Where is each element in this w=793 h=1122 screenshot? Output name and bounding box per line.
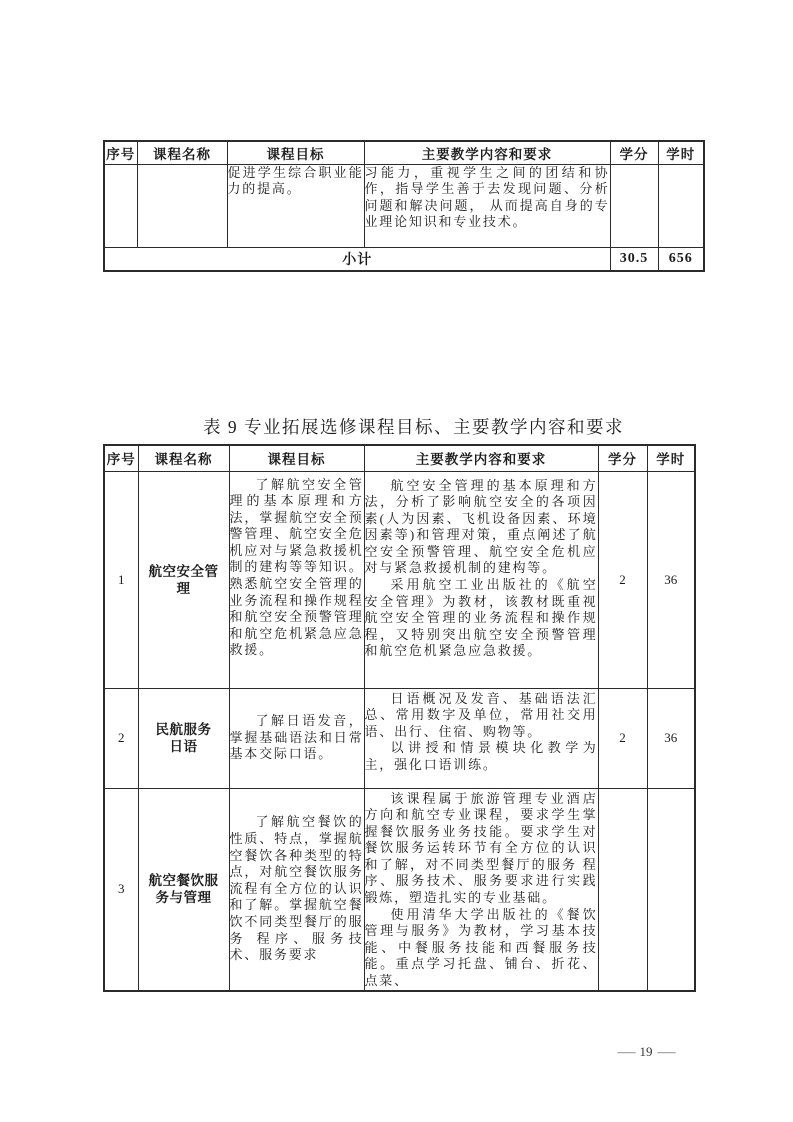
content-paragraph-1: 航空安全管理的基本原理和方法，分析了影响航空安全的各项因素(人为因素、飞机设备因… bbox=[365, 478, 598, 578]
table9: 序号 课程名称 课程目标 主要教学内容和要求 学分 学时 1 航空安全管 理 了… bbox=[103, 444, 696, 992]
cell-course-name-empty bbox=[137, 164, 227, 247]
cell-objective: 了解日语发音，掌握基础语法和日常基本交际口语。 bbox=[229, 688, 364, 788]
content-paragraph-2: 使用清华大学出版社的《餐饮管理与服务》为教材，学习基本技能、中餐服务技能和西餐服… bbox=[365, 907, 598, 990]
cell-seq: 2 bbox=[104, 688, 138, 788]
header-course-name: 课程名称 bbox=[137, 141, 227, 164]
objective-text: 了解日语发音，掌握基础语法和日常基本交际口语。 bbox=[230, 713, 364, 763]
document-page: 序号 课程名称 课程目标 主要教学内容和要求 学分 学时 促进学生综合职业能力的… bbox=[0, 0, 793, 1122]
header-course-name: 课程名称 bbox=[138, 445, 229, 471]
cell-objective: 了解航空餐饮的性质、特点，掌握航空餐饮各种类型的特点，对航空餐饮服务流程有全方位… bbox=[229, 788, 364, 991]
table9-title: 表 9 专业拓展选修课程目标、主要教学内容和要求 bbox=[118, 414, 709, 440]
content-paragraph-1: 日语概况及发音、基础语法汇总、常用数字及单位，常用社交用语、出行、住宿、购物等。 bbox=[365, 691, 598, 741]
cell-hours: 36 bbox=[647, 688, 695, 788]
course-row-aviation-safety: 1 航空安全管 理 了解航空安全管理的基本原理和方法，掌握航空安全预警管理、航空… bbox=[104, 471, 695, 688]
content-paragraph-2: 以讲授和情景模块化教学为主，强化口语训练。 bbox=[365, 740, 598, 773]
header-hours: 学时 bbox=[647, 445, 695, 471]
cell-hours: 36 bbox=[647, 471, 695, 688]
objective-text: 了解航空餐饮的性质、特点，掌握航空餐饮各种类型的特点，对航空餐饮服务流程有全方位… bbox=[230, 814, 364, 963]
footer-dash-left: — bbox=[617, 1044, 635, 1060]
header-credits: 学分 bbox=[610, 141, 658, 164]
cell-content: 日语概况及发音、基础语法汇总、常用数字及单位，常用社交用语、出行、住宿、购物等。… bbox=[364, 688, 598, 788]
header-hours: 学时 bbox=[658, 141, 704, 164]
cell-credits bbox=[598, 788, 647, 991]
continuation-course-row: 促进学生综合职业能力的提高。 习能力，重视学生之间的团结和协作，指导学生善于去发… bbox=[104, 164, 704, 247]
subtotal-credits: 30.5 bbox=[610, 247, 658, 271]
cell-seq: 3 bbox=[104, 788, 138, 991]
subtotal-row: 小计 30.5 656 bbox=[104, 247, 704, 271]
cell-hours bbox=[647, 788, 695, 991]
page-number: 19 bbox=[640, 1044, 653, 1060]
content-paragraph-1: 该课程属于旅游管理专业酒店方向和航空专业课程，要求学生掌握餐饮服务业务技能。要求… bbox=[365, 791, 598, 907]
cell-content: 航空安全管理的基本原理和方法，分析了影响航空安全的各项因素(人为因素、飞机设备因… bbox=[364, 471, 598, 688]
header-seq: 序号 bbox=[104, 445, 138, 471]
header-objective: 课程目标 bbox=[227, 141, 364, 164]
header-credits: 学分 bbox=[598, 445, 647, 471]
cell-objective: 了解航空安全管理的基本原理和方法，掌握航空安全预警管理、航空安全危机应对与紧急救… bbox=[229, 471, 364, 688]
header-content: 主要教学内容和要求 bbox=[364, 445, 598, 471]
header-content: 主要教学内容和要求 bbox=[364, 141, 610, 164]
footer-dash-right: — bbox=[657, 1044, 675, 1060]
table9-header-row: 序号 课程名称 课程目标 主要教学内容和要求 学分 学时 bbox=[104, 445, 695, 471]
cell-credits-empty bbox=[610, 164, 658, 247]
objective-text: 促进学生综合职业能力的提高。 bbox=[228, 165, 364, 198]
cell-seq-empty bbox=[104, 164, 137, 247]
course-table-continuation: 序号 课程名称 课程目标 主要教学内容和要求 学分 学时 促进学生综合职业能力的… bbox=[103, 140, 705, 272]
content-text: 习能力，重视学生之间的团结和协作，指导学生善于去发现问题、分析问题和解决问题， … bbox=[365, 165, 610, 231]
course-row-aviation-catering: 3 航空餐饮服 务与管理 了解航空餐饮的性质、特点，掌握航空餐饮各种类型的特点，… bbox=[104, 788, 695, 991]
subtotal-label: 小计 bbox=[104, 247, 610, 271]
cell-course-name: 航空餐饮服 务与管理 bbox=[138, 788, 229, 991]
header-objective: 课程目标 bbox=[229, 445, 364, 471]
content-paragraph-2: 采用航空工业出版社的《航空安全管理》为教材，该教材既重视航空安全管理的业务流程和… bbox=[365, 577, 598, 660]
cell-seq: 1 bbox=[104, 471, 138, 688]
continuation-header-row: 序号 课程名称 课程目标 主要教学内容和要求 学分 学时 bbox=[104, 141, 704, 164]
cell-course-name: 航空安全管 理 bbox=[138, 471, 229, 688]
cell-objective: 促进学生综合职业能力的提高。 bbox=[227, 164, 364, 247]
objective-text: 了解航空安全管理的基本原理和方法，掌握航空安全预警管理、航空安全危机应对与紧急救… bbox=[230, 477, 364, 660]
cell-content: 该课程属于旅游管理专业酒店方向和航空专业课程，要求学生掌握餐饮服务业务技能。要求… bbox=[364, 788, 598, 991]
cell-credits: 2 bbox=[598, 471, 647, 688]
header-seq: 序号 bbox=[104, 141, 137, 164]
subtotal-hours: 656 bbox=[658, 247, 704, 271]
page-footer: — 19 — bbox=[598, 1044, 694, 1060]
cell-credits: 2 bbox=[598, 688, 647, 788]
course-row-civil-aviation-japanese: 2 民航服务 日语 了解日语发音，掌握基础语法和日常基本交际口语。 日语概况及发… bbox=[104, 688, 695, 788]
cell-course-name: 民航服务 日语 bbox=[138, 688, 229, 788]
cell-content: 习能力，重视学生之间的团结和协作，指导学生善于去发现问题、分析问题和解决问题， … bbox=[364, 164, 610, 247]
cell-hours-empty bbox=[658, 164, 704, 247]
